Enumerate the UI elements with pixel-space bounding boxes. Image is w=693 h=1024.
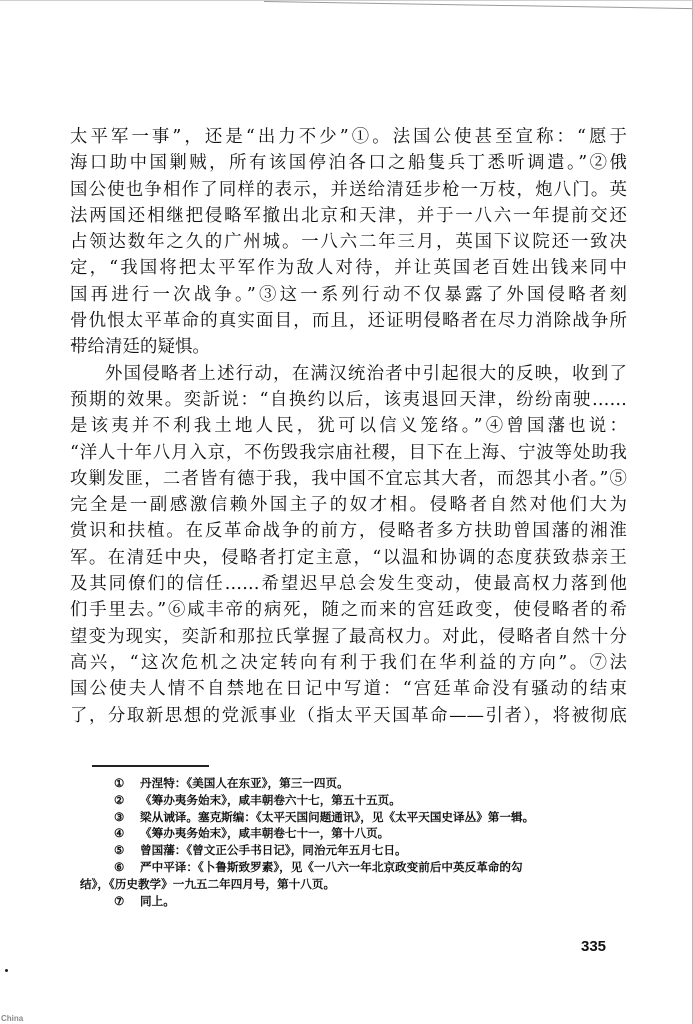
scan-speck <box>5 969 8 972</box>
paragraph-2: 外国侵略者上述行动，在满汉统治者中引起很大的反映，收到了 预期的效果。奕訢说：“… <box>70 361 627 729</box>
footnote-separator <box>92 765 209 767</box>
watermark: China <box>1 1014 23 1023</box>
footnote-marker: ② <box>88 792 140 809</box>
text-line: 法两国还相继把侵略军撤出北京和天津，并于一八六一年提前交还 <box>70 203 627 229</box>
text-line: 太平军一事”，还是“出力不少”①。法国公使甚至宣称：“愿于 <box>70 124 627 150</box>
footnote-text: 结》，《历史教学》一九五二年四月号，第十八页。 <box>80 877 335 891</box>
footnote-text: 严中平译：《卜鲁斯致罗素》，见《一八六一年北京政变前后中英反革命的勾 <box>140 860 523 874</box>
text-line: 预期的效果。奕訢说：“自换约以后，该夷退回天津，纷纷南驶…… <box>70 387 627 413</box>
footnote-1: ①丹涅特：《美国人在东亚》，第三一四页。 <box>88 775 608 792</box>
page-top-edge <box>0 0 693 1</box>
footnotes: ①丹涅特：《美国人在东亚》，第三一四页。 ②《筹办夷务始末》，咸丰朝卷六十七，第… <box>88 775 608 909</box>
text-line: 定，“我国将把太平军作为敌人对待，并让英国老百姓出钱来同中 <box>70 255 627 281</box>
footnote-3: ③梁从诫译。塞克斯编：《太平天国问题通讯》，见《太平天国史译丛》第一辑。 <box>88 809 608 826</box>
footnote-marker: ⑦ <box>88 893 140 910</box>
footnote-text: 《筹办夷务始末》，咸丰朝卷七十一，第十八页。 <box>140 826 389 840</box>
text-line: “洋人十年八月入京，不伤毁我宗庙社稷，目下在上海、宁波等处助我 <box>70 440 627 466</box>
footnote-marker: ⑥ <box>88 859 140 876</box>
footnote-text: 丹涅特：《美国人在东亚》，第三一四页。 <box>140 776 349 790</box>
footnote-2: ②《筹办夷务始末》，咸丰朝卷六十七，第五十五页。 <box>88 792 608 809</box>
text-line: 是该夷并不利我土地人民，犹可以信义笼络。”④曾国藩也说： <box>70 413 627 439</box>
text-line: 海口助中国剿贼，所有该国停泊各口之船隻兵丁悉听调遣。”②俄 <box>70 150 627 176</box>
text-line: 国公使夫人情不自禁地在日记中写道：“宫廷革命没有骚动的结束 <box>70 676 627 702</box>
text-line: 带给清廷的疑惧。 <box>70 334 627 360</box>
text-line: 攻剿发匪，二者皆有德于我，我中国不宜忘其大者，而怨其小者。”⑤ <box>70 466 627 492</box>
page-number: 335 <box>581 938 606 955</box>
footnote-text: 《筹办夷务始末》，咸丰朝卷六十七，第五十五页。 <box>140 793 401 807</box>
text-line: 望变为现实，奕訢和那拉氏掌握了最高权力。对此，侵略者自然十分 <box>70 624 627 650</box>
scan-skew-edge <box>264 1 692 17</box>
text-line: 了，分取新思想的党派事业（指太平天国革命——引者），将被彻底 <box>70 703 627 729</box>
text-line: 军。在清廷中央，侵略者打定主意，“以温和协调的态度获致恭亲王 <box>70 545 627 571</box>
footnote-marker: ⑤ <box>88 842 140 859</box>
footnote-6-continuation: 结》，《历史教学》一九五二年四月号，第十八页。 <box>80 876 608 893</box>
footnote-marker: ③ <box>88 809 140 826</box>
footnote-5: ⑤曾国藩：《曾文正公手书日记》，同治元年五月七日。 <box>88 842 608 859</box>
body-text: 太平军一事”，还是“出力不少”①。法国公使甚至宣称：“愿于 海口助中国剿贼，所有… <box>70 124 627 729</box>
text-line: 占领达数年之久的广州城。一八六二年三月，英国下议院还一致决 <box>70 229 627 255</box>
text-line: 国再进行一次战争。”③这一系列行动不仅暴露了外国侵略者刻 <box>70 282 627 308</box>
footnote-7: ⑦同上。 <box>88 893 608 910</box>
footnote-4: ④《筹办夷务始末》，咸丰朝卷七十一，第十八页。 <box>88 825 608 842</box>
text-line: 们手里去。”⑥咸丰帝的病死，随之而来的宫廷政变，使侵略者的希 <box>70 597 627 623</box>
paragraph-1: 太平军一事”，还是“出力不少”①。法国公使甚至宣称：“愿于 海口助中国剿贼，所有… <box>70 124 627 361</box>
text-line: 国公使也争相作了同样的表示，并送给清廷步枪一万枝，炮八门。英 <box>70 177 627 203</box>
text-line: 高兴，“这次危机之决定转向有利于我们在华利益的方向”。⑦法 <box>70 650 627 676</box>
text-line: 及其同僚们的信任……希望迟早总会发生变动，使最高权力落到他 <box>70 571 627 597</box>
footnote-text: 梁从诫译。塞克斯编：《太平天国问题通讯》，见《太平天国史译丛》第一辑。 <box>140 810 534 824</box>
scan-speck <box>73 343 76 346</box>
text-line: 外国侵略者上述行动，在满汉统治者中引起很大的反映，收到了 <box>70 361 627 387</box>
text-line: 完全是一副感激信赖外国主子的奴才相。侵略者自然对他们大为 <box>70 492 627 518</box>
footnote-marker: ① <box>88 775 140 792</box>
footnote-text: 同上。 <box>140 894 175 908</box>
footnote-6: ⑥严中平译：《卜鲁斯致罗素》，见《一八六一年北京政变前后中英反革命的勾 <box>88 859 608 876</box>
text-line: 赏识和扶植。在反革命战争的前方，侵略者多方扶助曾国藩的湘淮 <box>70 518 627 544</box>
footnote-text: 曾国藩：《曾文正公手书日记》，同治元年五月七日。 <box>140 843 407 857</box>
footnote-marker: ④ <box>88 825 140 842</box>
text-line: 骨仇恨太平革命的真实面目，而且，还证明侵略者在尽力消除战争所 <box>70 308 627 334</box>
